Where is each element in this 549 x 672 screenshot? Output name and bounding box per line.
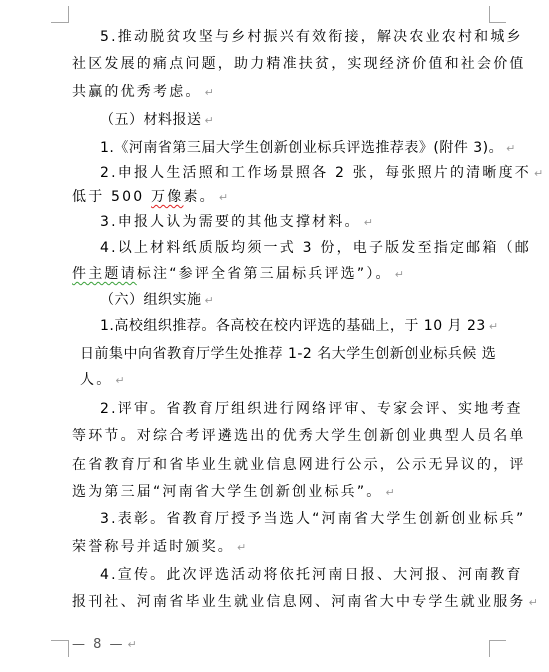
spelling-error-underline[interactable]: 万像 xyxy=(151,189,183,205)
paragraph-mark-icon: ↵ xyxy=(237,541,246,554)
paragraph-text: 1.高校组织推荐。各高校在校内评选的基础上，于 10 月 23 xyxy=(100,318,486,334)
paragraph-text: 共赢的优秀考虑。 xyxy=(72,84,202,100)
paragraph-line: 3.表彰。省教育厅授予当选人“河南省大学生创新创业标兵” xyxy=(100,509,486,529)
paragraph-mark-icon: ↵ xyxy=(395,268,404,281)
page-number: — 8 — xyxy=(72,637,125,652)
section-heading: （六）组织实施↵ xyxy=(100,290,486,310)
paragraph-mark-icon: ↵ xyxy=(364,216,373,229)
paragraph-mark-icon: ↵ xyxy=(205,86,214,99)
paragraph-mark-icon: ↵ xyxy=(128,638,137,651)
paragraph-mark-icon: ↵ xyxy=(506,142,515,155)
paragraph-mark-icon: ↵ xyxy=(219,191,228,204)
paragraph-mark-icon: ↵ xyxy=(529,596,538,609)
paragraph-text: 报刊社、河南省毕业生就业信息网、河南省大中专学生就业服务 xyxy=(72,594,526,610)
paragraph-mark-icon: ↵ xyxy=(489,320,498,333)
crop-mark-bottom-right-h xyxy=(489,640,506,641)
paragraph-line: 4.宣传。此次评选活动将依托河南日报、大河报、河南教育 xyxy=(100,565,486,585)
heading-text: （六）组织实施 xyxy=(100,292,202,308)
paragraph-line: 2.评审。省教育厅组织进行网络评审、专家会评、实地考查 xyxy=(100,399,486,419)
paragraph-line: 1.高校组织推荐。各高校在校内评选的基础上，于 10 月 23↵ xyxy=(100,316,486,336)
paragraph-line: 日前集中向省教育厅学生处推荐 1-2 名大学生创新创业标兵候 选 xyxy=(80,344,494,364)
paragraph-line: 共赢的优秀考虑。↵ xyxy=(72,82,486,102)
paragraph-line: 2.申报人生活照和工作场景照各 2 张，每张照片的清晰度不↵ xyxy=(100,163,486,183)
paragraph-text: 低于 500 xyxy=(72,189,151,205)
paragraph-text: 2.申报人生活照和工作场景照各 2 张，每张照片的清晰度不 xyxy=(100,165,531,181)
grammar-error-underline[interactable]: 件主题请 xyxy=(72,266,137,282)
paragraph-line: 3.申报人认为需要的其他支撑材料。↵ xyxy=(100,212,486,232)
paragraph-text: 素。 xyxy=(183,189,215,205)
paragraph-text: 选为第三届“河南省大学生创新创业标兵”。 xyxy=(72,484,383,500)
paragraph-line: 在省教育厅和省毕业生就业信息网进行公示，公示无异议的，评 xyxy=(72,455,486,475)
paragraph-mark-icon: ↵ xyxy=(205,114,214,127)
paragraph-mark-icon: ↵ xyxy=(205,294,214,307)
crop-mark-bottom-right-v xyxy=(489,640,490,657)
paragraph-line: 等环节。对综合考评遴选出的优秀大学生创新创业典型人员名单 xyxy=(72,426,486,446)
paragraph-text: 3.申报人认为需要的其他支撑材料。 xyxy=(100,214,361,230)
crop-mark-top-left-v xyxy=(68,6,69,23)
paragraph-line: 件主题请标注“参评全省第三届标兵评选”）。↵ xyxy=(72,264,486,284)
paragraph-line: 选为第三届“河南省大学生创新创业标兵”。↵ xyxy=(72,482,486,502)
paragraph-line: 荣誉称号并适时颁奖。↵ xyxy=(72,537,486,557)
paragraph-mark-icon: ↵ xyxy=(386,486,395,499)
paragraph-mark-icon: ↵ xyxy=(115,374,124,387)
paragraph-text: 标注“参评全省第三届标兵评选”）。 xyxy=(137,266,392,282)
paragraph-line: 5.推动脱贫攻坚与乡村振兴有效衔接，解决农业农村和城乡 xyxy=(100,27,486,47)
paragraph-text: 1.《河南省第三届大学生创新创业标兵评选推荐表》(附件 3)。 xyxy=(100,140,503,156)
paragraph-line: 报刊社、河南省毕业生就业信息网、河南省大中专学生就业服务↵ xyxy=(72,592,486,612)
heading-text: （五）材料报送 xyxy=(100,112,202,128)
section-heading: （五）材料报送↵ xyxy=(100,110,486,130)
paragraph-line: 1.《河南省第三届大学生创新创业标兵评选推荐表》(附件 3)。↵ xyxy=(100,138,486,158)
page-number-footer: — 8 —↵ xyxy=(72,637,137,652)
crop-mark-bottom-left-h xyxy=(51,640,69,641)
paragraph-line: 社区发展的痛点问题，助力精准扶贫，实现经济价值和社会价值 xyxy=(72,54,486,74)
crop-mark-bottom-left-v xyxy=(68,640,69,657)
crop-mark-top-right-v xyxy=(489,6,490,23)
paragraph-line: 低于 500 万像素。↵ xyxy=(72,187,486,207)
paragraph-text: 人。 xyxy=(80,372,112,388)
crop-mark-top-left-h xyxy=(51,22,69,23)
paragraph-text: 荣誉称号并适时颁奖。 xyxy=(72,539,234,555)
paragraph-line: 4.以上材料纸质版均须一式 3 份，电子版发至指定邮箱（邮 xyxy=(100,238,486,258)
paragraph-mark-icon: ↵ xyxy=(534,167,543,180)
crop-mark-top-right-h xyxy=(489,22,506,23)
paragraph-line: 人。↵ xyxy=(80,370,494,390)
